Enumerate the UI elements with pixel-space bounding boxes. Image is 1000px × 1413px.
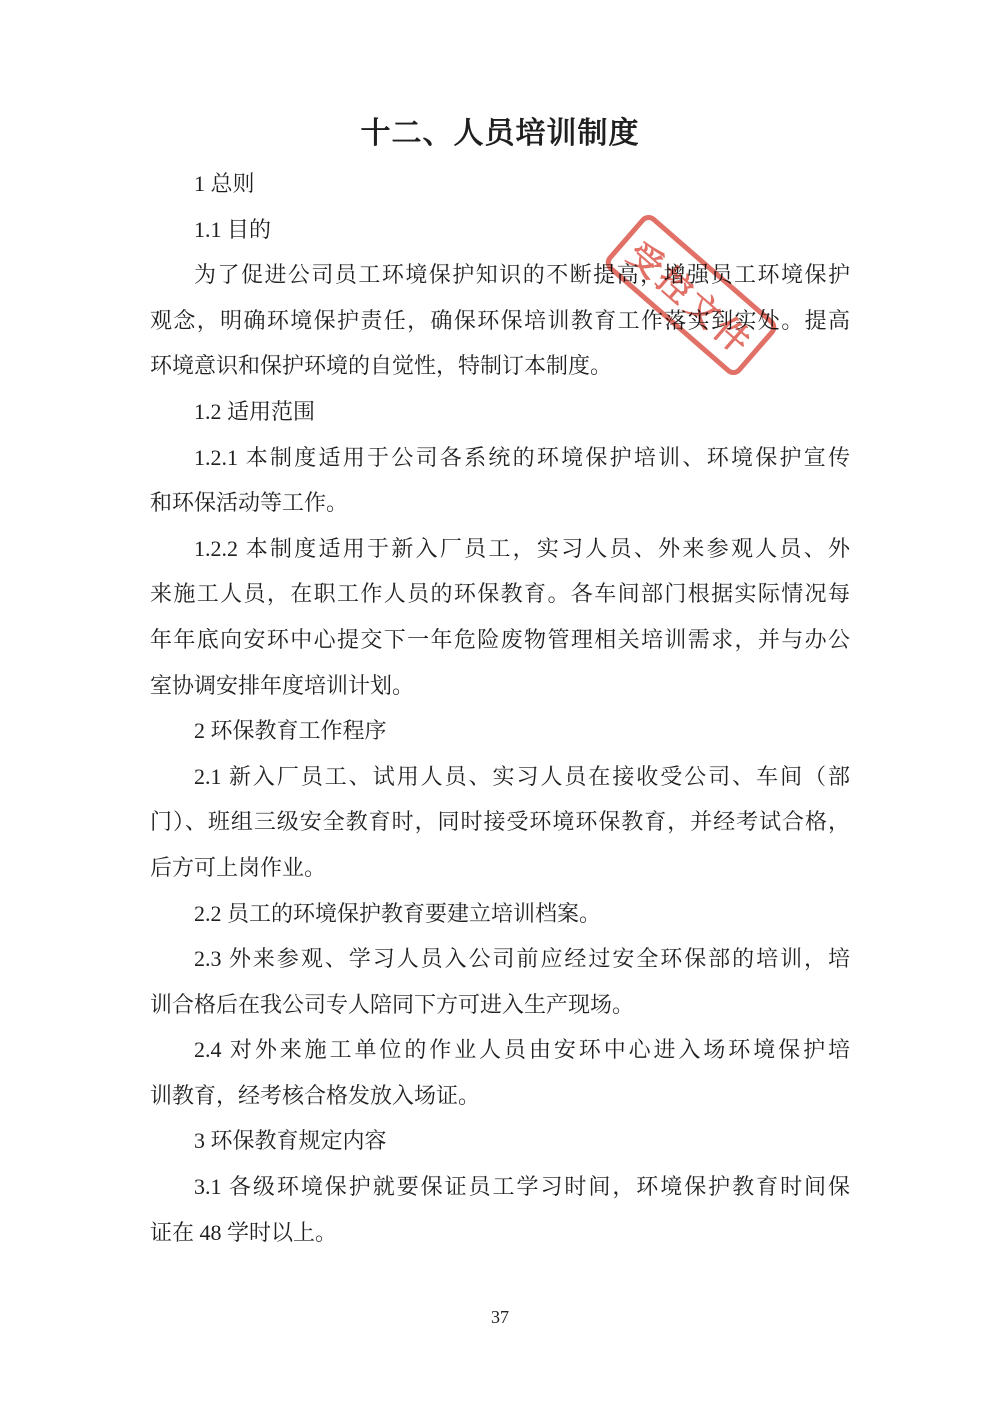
text-line: 3.1 各级环境保护就要保证员工学习时间，环境保护教育时间保 <box>150 1164 850 1210</box>
text-line: 年年底向安环中心提交下一年危险废物管理相关培训需求，并与办公 <box>150 617 850 663</box>
text-line: 门）、班组三级安全教育时，同时接受环境环保教育，并经考试合格， <box>150 799 850 845</box>
text-line: 2.2 员工的环境保护教育要建立培训档案。 <box>150 891 850 937</box>
document-page: 十二、人员培训制度 1 总则1.1 目的为了促进公司员工环境保护知识的不断提高，… <box>0 0 1000 1413</box>
text-line: 证在 48 学时以上。 <box>150 1210 850 1256</box>
text-line: 室协调安排年度培训计划。 <box>150 663 850 709</box>
text-line: 2.4 对外来施工单位的作业人员由安环中心进入场环境保护培 <box>150 1027 850 1073</box>
text-line: 为了促进公司员工环境保护知识的不断提高，增强员工环境保护 <box>150 252 850 298</box>
text-line: 1.1 目的 <box>150 207 850 253</box>
page-title: 十二、人员培训制度 <box>0 112 1000 156</box>
text-line: 1.2 适用范围 <box>150 389 850 435</box>
text-line: 来施工人员，在职工作人员的环保教育。各车间部门根据实际情况每 <box>150 571 850 617</box>
text-line: 1.2.1 本制度适用于公司各系统的环境保护培训、环境保护宣传 <box>150 435 850 481</box>
text-line: 2.3 外来参观、学习人员入公司前应经过安全环保部的培训，培 <box>150 936 850 982</box>
page-number: 37 <box>0 1303 1000 1331</box>
text-line: 2.1 新入厂员工、试用人员、实习人员在接收受公司、车间（部 <box>150 754 850 800</box>
text-line: 1 总则 <box>150 161 850 207</box>
text-line: 后方可上岗作业。 <box>150 845 850 891</box>
text-line: 2 环保教育工作程序 <box>150 708 850 754</box>
text-line: 和环保活动等工作。 <box>150 480 850 526</box>
text-line: 训教育，经考核合格发放入场证。 <box>150 1073 850 1119</box>
text-line: 3 环保教育规定内容 <box>150 1118 850 1164</box>
text-line: 训合格后在我公司专人陪同下方可进入生产现场。 <box>150 982 850 1028</box>
text-line: 1.2.2 本制度适用于新入厂员工，实习人员、外来参观人员、外 <box>150 526 850 572</box>
